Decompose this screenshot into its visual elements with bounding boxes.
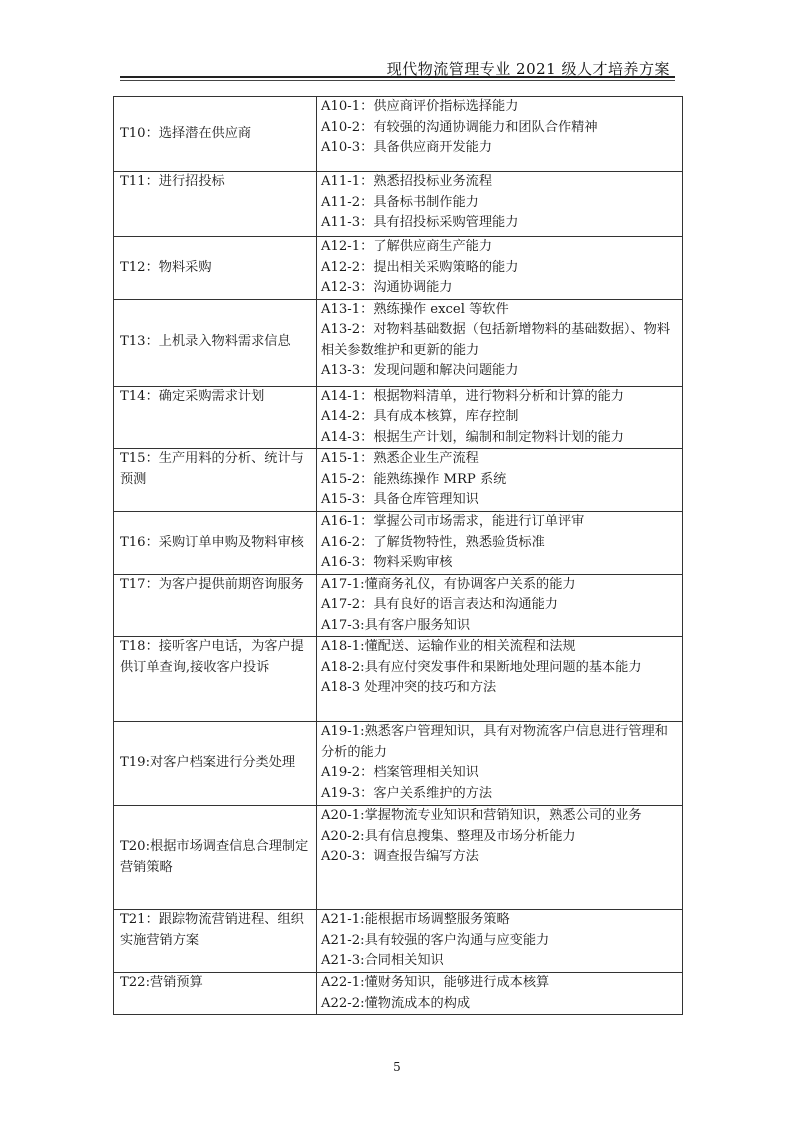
table-row: T22:营销预算A22-1:懂财务知识，能够进行成本核算A22-2:懂物流成本的… [114,973,683,1015]
task-cell: T12：物料采购 [114,237,317,300]
table-row: T16：采购订单申购及物料审核A16-1：掌握公司市场需求，能进行订单评审A16… [114,512,683,575]
header-divider [120,76,675,78]
ability-item: A11-3：具有招投标采购管理能力 [321,213,678,234]
ability-item: A16-3：物料采购审核 [321,553,678,574]
abilities-cell: A16-1：掌握公司市场需求，能进行订单评审A16-2：了解货物特性，熟悉验货标… [317,512,683,575]
task-cell: T14：确定采购需求计划 [114,386,317,449]
table-row: T18：接听客户电话，为客户提供订单查询,接收客户投诉A18-1:懂配送、运输作… [114,637,683,722]
ability-item: A13-1：熟练操作 excel 等软件 [321,300,678,321]
ability-item: A12-1：了解供应商生产能力 [321,237,678,258]
task-cell: T22:营销预算 [114,973,317,1015]
ability-item: A20-3：调查报告编写方法 [321,847,678,868]
task-cell: T16：采购订单申购及物料审核 [114,512,317,575]
ability-item: A18-2:具有应付突发事件和果断地处理问题的基本能力 [321,658,678,679]
ability-item: A21-1:能根据市场调整服务策略 [321,910,678,931]
table-row: T15：生产用料的分析、统计与预测A15-1：熟悉企业生产流程A15-2：能熟练… [114,449,683,512]
ability-item: A15-2：能熟练操作 MRP 系统 [321,470,678,491]
table-row: T13：上机录入物料需求信息A13-1：熟练操作 excel 等软件A13-2：… [114,299,683,386]
task-cell: T15：生产用料的分析、统计与预测 [114,449,317,512]
abilities-cell: A19-1:熟悉客户管理知识，具有对物流客户信息进行管理和分析的能力A19-2：… [317,722,683,806]
ability-item: A18-3 处理冲突的技巧和方法 [321,678,678,699]
task-cell: T21：跟踪物流营销进程、组织实施营销方案 [114,910,317,973]
ability-item: A20-2:具有信息搜集、整理及市场分析能力 [321,827,678,848]
task-cell: T10：选择潜在供应商 [114,97,317,172]
ability-item: A22-2:懂物流成本的构成 [321,994,678,1015]
ability-item: A22-1:懂财务知识，能够进行成本核算 [321,973,678,994]
abilities-cell: A10-1：供应商评价指标选择能力A10-2：有较强的沟通协调能力和团队合作精神… [317,97,683,172]
ability-item: A14-3：根据生产计划，编制和制定物料计划的能力 [321,428,678,449]
ability-item: A14-1：根据物料清单，进行物料分析和计算的能力 [321,387,678,408]
ability-item: A19-2：档案管理相关知识 [321,763,678,784]
ability-item: A13-3：发现问题和解决问题能力 [321,361,678,382]
ability-item: A21-3:合同相关知识 [321,951,678,972]
task-cell: T19:对客户档案进行分类处理 [114,722,317,806]
ability-item: A11-2：具备标书制作能力 [321,193,678,214]
ability-item: A21-2:具有较强的客户沟通与应变能力 [321,931,678,952]
ability-item: A19-1:熟悉客户管理知识，具有对物流客户信息进行管理和分析的能力 [321,722,678,763]
abilities-cell: A12-1：了解供应商生产能力A12-2：提出相关采购策略的能力A12-3：沟通… [317,237,683,300]
abilities-cell: A21-1:能根据市场调整服务策略A21-2:具有较强的客户沟通与应变能力A21… [317,910,683,973]
ability-item: A18-1:懂配送、运输作业的相关流程和法规 [321,637,678,658]
ability-item: A11-1：熟悉招投标业务流程 [321,172,678,193]
ability-item: A19-3：客户关系维护的方法 [321,784,678,805]
abilities-cell: A22-1:懂财务知识，能够进行成本核算A22-2:懂物流成本的构成 [317,973,683,1015]
table-row: T20:根据市场调查信息合理制定营销策略A20-1:掌握物流专业知识和营销知识，… [114,806,683,910]
ability-item: A12-3：沟通协调能力 [321,278,678,299]
table-row: T14：确定采购需求计划A14-1：根据物料清单，进行物料分析和计算的能力A14… [114,386,683,449]
competency-table: T10：选择潜在供应商A10-1：供应商评价指标选择能力A10-2：有较强的沟通… [113,96,683,1015]
ability-item: A16-1：掌握公司市场需求，能进行订单评审 [321,512,678,533]
abilities-cell: A13-1：熟练操作 excel 等软件A13-2：对物料基础数据（包括新增物料… [317,299,683,386]
abilities-cell: A18-1:懂配送、运输作业的相关流程和法规A18-2:具有应付突发事件和果断地… [317,637,683,722]
ability-item: A10-2：有较强的沟通协调能力和团队合作精神 [321,118,678,139]
table-row: T21：跟踪物流营销进程、组织实施营销方案A21-1:能根据市场调整服务策略A2… [114,910,683,973]
ability-item: A12-2：提出相关采购策略的能力 [321,258,678,279]
table-row: T10：选择潜在供应商A10-1：供应商评价指标选择能力A10-2：有较强的沟通… [114,97,683,172]
ability-item: A13-2：对物料基础数据（包括新增物料的基础数据）、物料相关参数维护和更新的能… [321,320,678,361]
ability-item: A17-1:懂商务礼仪，有协调客户关系的能力 [321,575,678,596]
task-cell: T17：为客户提供前期咨询服务 [114,574,317,637]
table-row: T19:对客户档案进行分类处理A19-1:熟悉客户管理知识，具有对物流客户信息进… [114,722,683,806]
competency-table-body: T10：选择潜在供应商A10-1：供应商评价指标选择能力A10-2：有较强的沟通… [114,97,683,1015]
abilities-cell: A15-1：熟悉企业生产流程A15-2：能熟练操作 MRP 系统A15-3：具备… [317,449,683,512]
ability-item: A14-2：具有成本核算，库存控制 [321,407,678,428]
ability-item: A15-1：熟悉企业生产流程 [321,449,678,470]
ability-item: A17-2：具有良好的语言表达和沟通能力 [321,595,678,616]
abilities-cell: A11-1：熟悉招投标业务流程A11-2：具备标书制作能力A11-3：具有招投标… [317,172,683,237]
abilities-cell: A20-1:掌握物流专业知识和营销知识，熟悉公司的业务A20-2:具有信息搜集、… [317,806,683,910]
abilities-cell: A14-1：根据物料清单，进行物料分析和计算的能力A14-2：具有成本核算，库存… [317,386,683,449]
table-row: T17：为客户提供前期咨询服务A17-1:懂商务礼仪，有协调客户关系的能力A17… [114,574,683,637]
page-number: 5 [390,1060,404,1074]
task-cell: T13：上机录入物料需求信息 [114,299,317,386]
task-cell: T18：接听客户电话，为客户提供订单查询,接收客户投诉 [114,637,317,722]
abilities-cell: A17-1:懂商务礼仪，有协调客户关系的能力A17-2：具有良好的语言表达和沟通… [317,574,683,637]
task-cell: T11：进行招投标 [114,172,317,237]
ability-item: A10-1：供应商评价指标选择能力 [321,97,678,118]
ability-item: A17-3:具有客户服务知识 [321,616,678,637]
table-row: T12：物料采购A12-1：了解供应商生产能力A12-2：提出相关采购策略的能力… [114,237,683,300]
ability-item: A10-3：具备供应商开发能力 [321,138,678,159]
ability-item: A16-2：了解货物特性，熟悉验货标准 [321,533,678,554]
ability-item: A20-1:掌握物流专业知识和营销知识，熟悉公司的业务 [321,806,678,827]
header-divider-thin [120,80,675,81]
table-row: T11：进行招投标A11-1：熟悉招投标业务流程A11-2：具备标书制作能力A1… [114,172,683,237]
task-cell: T20:根据市场调查信息合理制定营销策略 [114,806,317,910]
ability-item: A15-3：具备仓库管理知识 [321,490,678,511]
